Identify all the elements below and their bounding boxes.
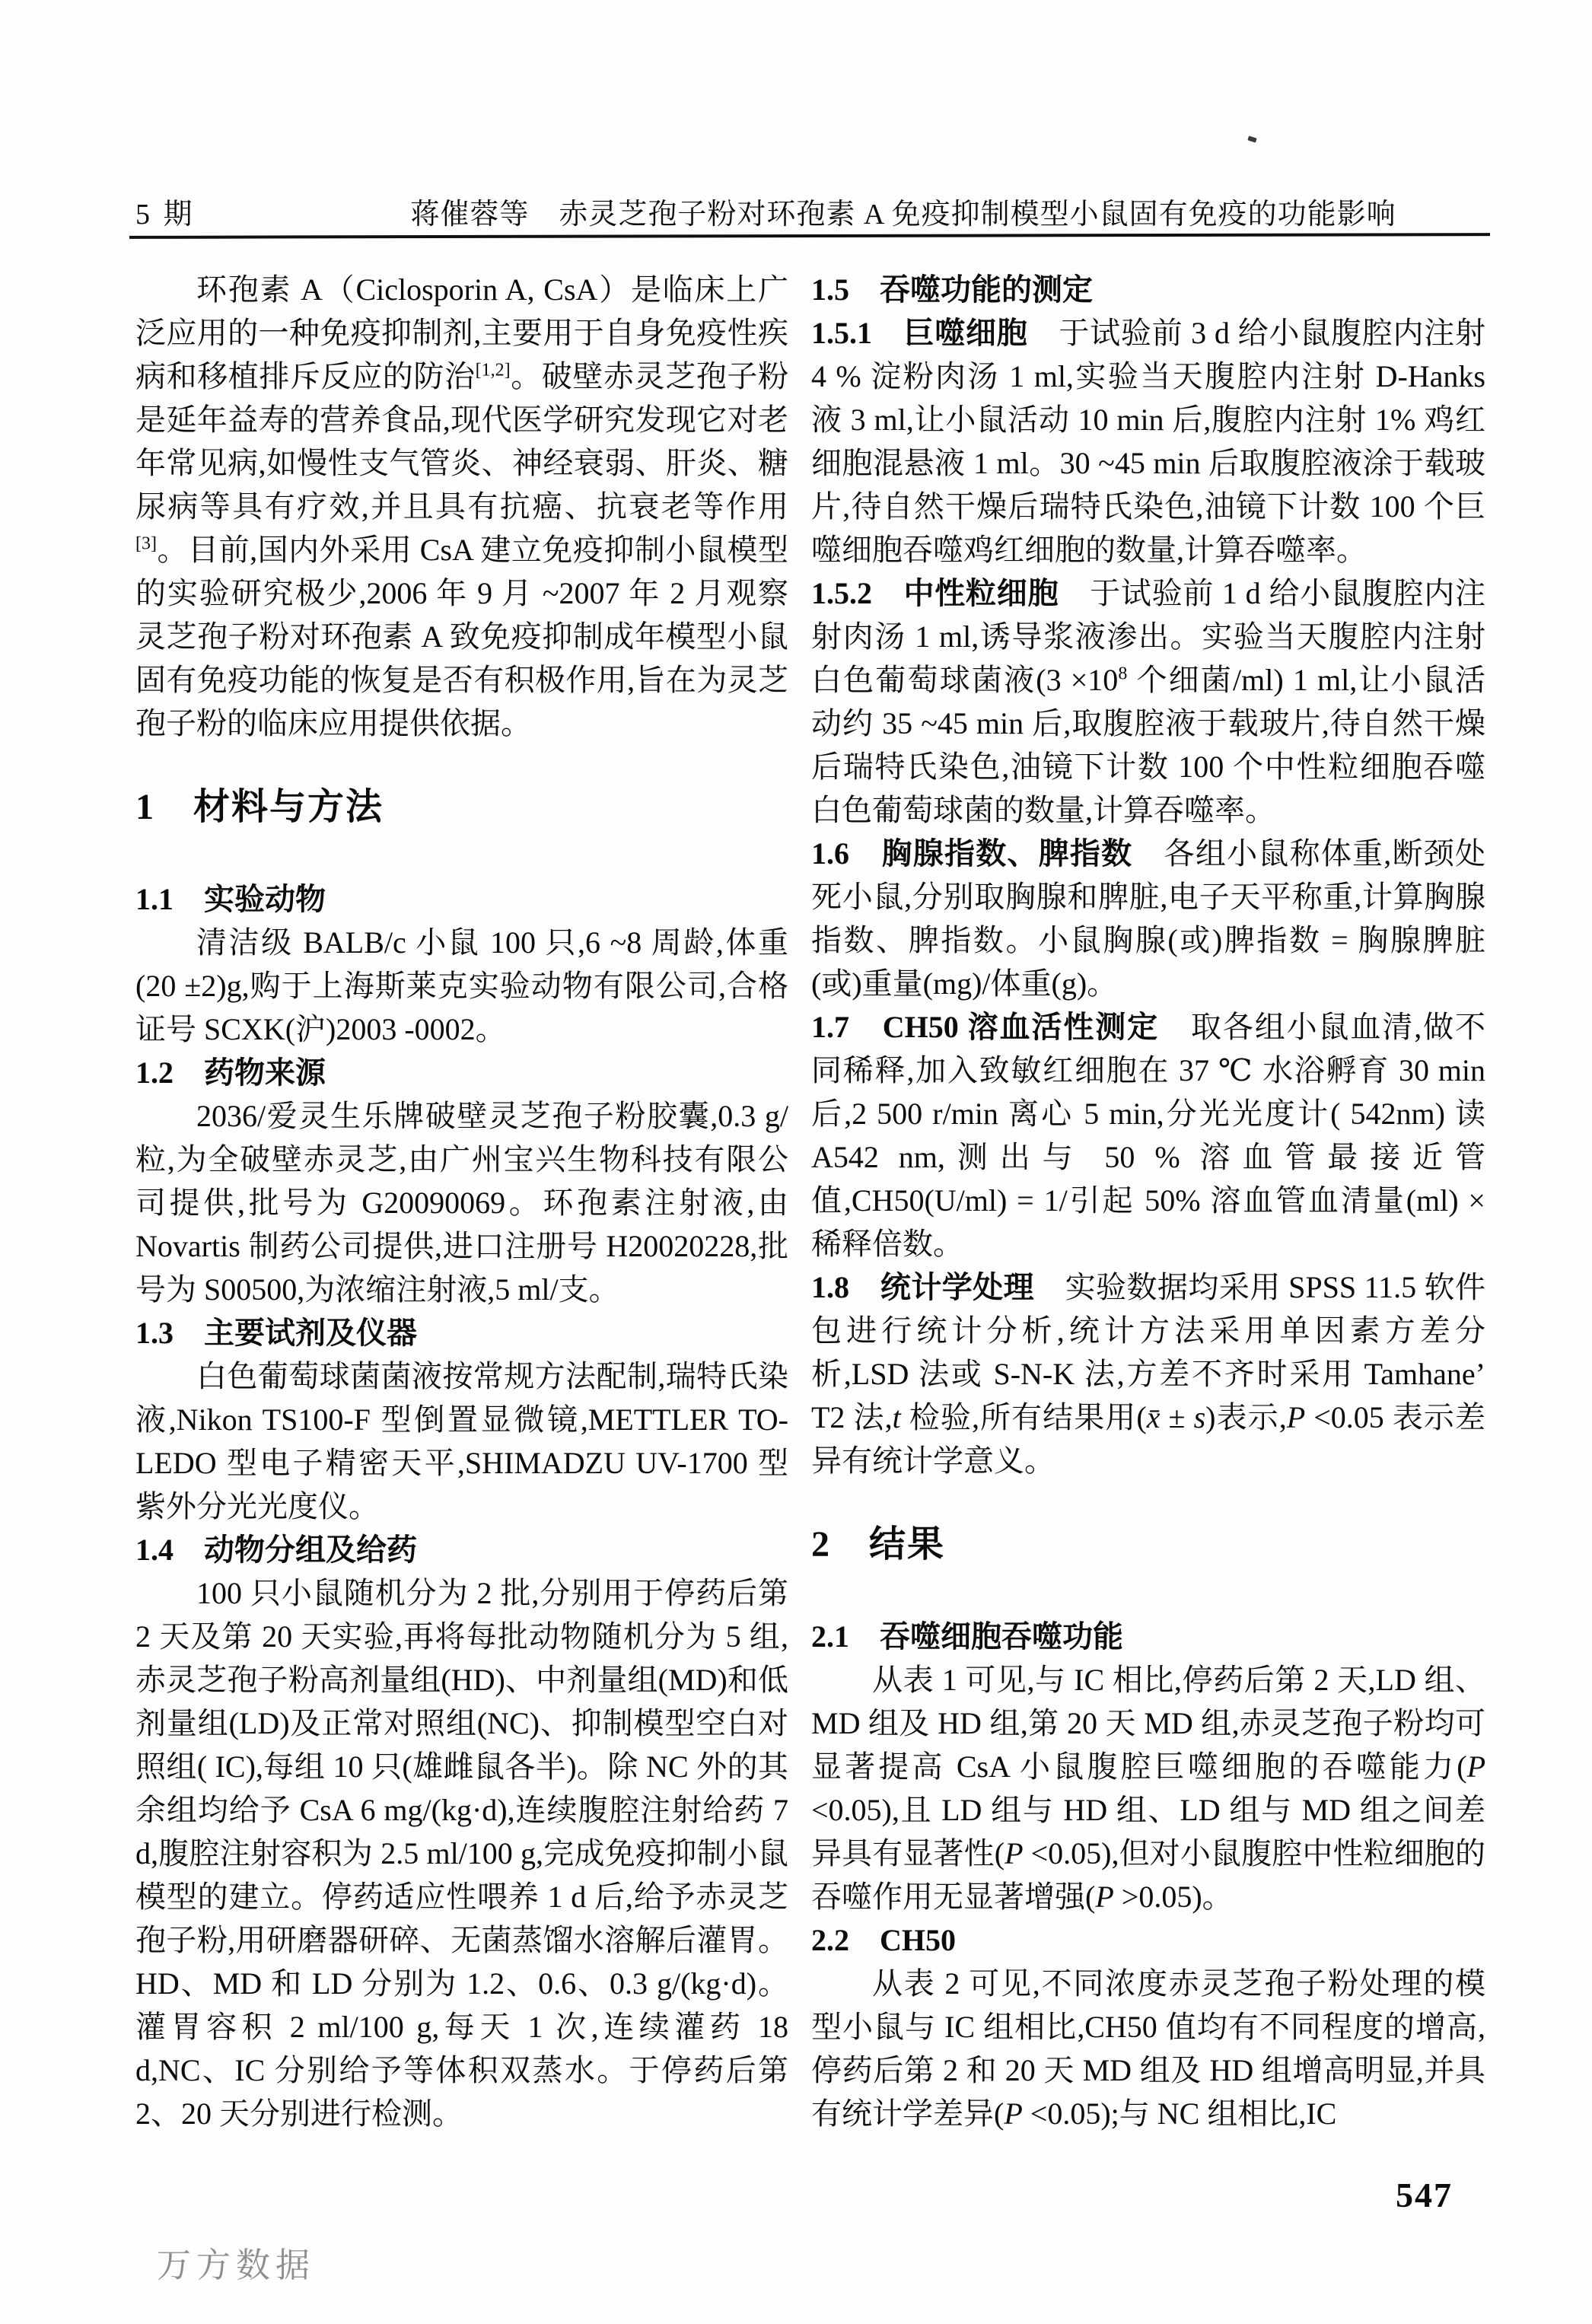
- paragraph: 1.5.1 巨噬细胞 于试验前 3 d 给小鼠腹腔内注射 4 % 淀粉肉汤 1 …: [811, 311, 1485, 571]
- text-run: P: [1004, 2096, 1022, 2131]
- wanfang-watermark: 万方数据: [157, 2237, 315, 2287]
- journal-header: 5 期 蒋催蓉等 赤灵芝孢子粉对环孢素 A 免疫抑制模型小鼠固有免疫的功能影响: [135, 190, 1489, 232]
- text-run: >0.05)。: [1114, 1880, 1233, 1914]
- right-column: 1.5 吞噬功能的测定1.5.1 巨噬细胞 于试验前 3 d 给小鼠腹腔内注射 …: [811, 268, 1485, 2135]
- running-title: 蒋催蓉等 赤灵芝孢子粉对环孢素 A 免疫抑制模型小鼠固有免疫的功能影响: [318, 190, 1489, 232]
- paragraph: 2036/爱灵生乐牌破壁灵芝孢子粉胶囊,0.3 g/粒,为全破壁赤灵芝,由广州宝…: [135, 1094, 788, 1311]
- text-run: x̄: [1147, 1400, 1161, 1434]
- subsection-heading: 2.1 吞噬细胞吞噬功能: [811, 1615, 1485, 1658]
- text-run: ±: [1160, 1400, 1193, 1434]
- page-number: 547: [1396, 2175, 1453, 2215]
- text-run: <0.05);与 NC 组相比,IC: [1023, 2096, 1337, 2131]
- citation-superscript: [1,2]: [476, 361, 511, 380]
- paragraph: 白色葡萄球菌菌液按常规方法配制,瑞特氏染液,Nikon TS100-F 型倒置显…: [135, 1355, 788, 1528]
- text-run: 1.1 实验动物: [135, 882, 326, 916]
- subsection-heading: 2.2 CH50: [811, 1918, 1485, 1962]
- paragraph: 环孢素 A（Ciclosporin A, CsA）是临床上广泛应用的一种免疫抑制…: [135, 268, 788, 745]
- text-run: P: [1287, 1400, 1305, 1434]
- text-run: P: [1467, 1749, 1485, 1784]
- section-heading: 2 结果: [811, 1522, 1485, 1568]
- subsection-heading: 1.1 实验动物: [135, 877, 788, 921]
- text-run: 1.3 主要试剂及仪器: [135, 1316, 417, 1350]
- citation-superscript: 8: [1118, 664, 1127, 684]
- text-run: )表示,: [1205, 1400, 1287, 1434]
- text-run: 取各组小鼠血清,做不同稀释,加入致敏红细胞在 37 ℃ 水浴孵育 30 min …: [811, 1010, 1485, 1261]
- left-column: 环孢素 A（Ciclosporin A, CsA）是临床上广泛应用的一种免疫抑制…: [135, 268, 788, 2135]
- paragraph: 1.6 胸腺指数、脾指数 各组小鼠称体重,断颈处死小鼠,分别取胸腺和脾脏,电子天…: [811, 832, 1485, 1005]
- paragraph: 从表 1 可见,与 IC 相比,停药后第 2 天,LD 组、MD 组及 HD 组…: [811, 1658, 1485, 1918]
- paragraph: 1.7 CH50 溶血活性测定 取各组小鼠血清,做不同稀释,加入致敏红细胞在 3…: [811, 1005, 1485, 1265]
- text-run: 。目前,国内外采用 CsA 建立免疫抑制小鼠模型的实验研究极少,2006 年 9…: [135, 533, 788, 740]
- text-run: 1.2 药物来源: [135, 1055, 326, 1090]
- text-run: 从表 1 可见,与 IC 相比,停药后第 2 天,LD 组、MD 组及 HD 组…: [811, 1663, 1485, 1784]
- paragraph: 清洁级 BALB/c 小鼠 100 只,6 ~8 周龄,体重(20 ±2)g,购…: [135, 921, 788, 1051]
- journal-page: 5 期 蒋催蓉等 赤灵芝孢子粉对环孢素 A 免疫抑制模型小鼠固有免疫的功能影响 …: [0, 0, 1592, 2324]
- text-run: 100 只小鼠随机分为 2 批,分别用于停药后第 2 天及第 20 天实验,再将…: [135, 1576, 788, 2131]
- paragraph: 100 只小鼠随机分为 2 批,分别用于停药后第 2 天及第 20 天实验,再将…: [135, 1571, 788, 2135]
- issue-label: 5 期: [135, 190, 318, 232]
- section-heading: 1 材料与方法: [135, 785, 788, 830]
- text-run: 1.6 胸腺指数、脾指数: [811, 836, 1132, 871]
- text-run: 于试验前 3 d 给小鼠腹腔内注射 4 % 淀粉肉汤 1 ml,实验当天腹腔内注…: [811, 316, 1485, 567]
- text-run: 1 材料与方法: [135, 787, 384, 827]
- text-run: 2.1 吞噬细胞吞噬功能: [811, 1619, 1123, 1654]
- subsection-heading: 1.4 动物分组及给药: [135, 1528, 788, 1571]
- text-run: t: [893, 1400, 901, 1434]
- text-run: 1.8 统计学处理: [811, 1270, 1034, 1304]
- text-run: 清洁级 BALB/c 小鼠 100 只,6 ~8 周龄,体重(20 ±2)g,购…: [135, 925, 788, 1046]
- text-run: 1.5 吞噬功能的测定: [811, 272, 1093, 307]
- header-rule: [129, 233, 1490, 239]
- text-run: 检验,所有结果用(: [901, 1400, 1147, 1434]
- text-run: P: [1095, 1880, 1113, 1914]
- text-run: 1.7 CH50 溶血活性测定: [811, 1010, 1159, 1044]
- paragraph: 1.8 统计学处理 实验数据均采用 SPSS 11.5 软件包进行统计分析,统计…: [811, 1265, 1485, 1482]
- text-run: 1.4 动物分组及给药: [135, 1533, 417, 1567]
- text-run: 2.2 CH50: [811, 1923, 956, 1957]
- text-run: 1.5.1 巨噬细胞: [811, 316, 1028, 350]
- subsection-heading: 1.5 吞噬功能的测定: [811, 268, 1485, 311]
- paragraph: 从表 2 可见,不同浓度赤灵芝孢子粉处理的模型小鼠与 IC 组相比,CH50 值…: [811, 1962, 1485, 2135]
- citation-superscript: [3]: [135, 534, 157, 554]
- text-run: s: [1194, 1400, 1206, 1434]
- subsection-heading: 1.3 主要试剂及仪器: [135, 1311, 788, 1355]
- text-run: 2 结果: [811, 1524, 945, 1565]
- text-run: 白色葡萄球菌菌液按常规方法配制,瑞特氏染液,Nikon TS100-F 型倒置显…: [135, 1359, 788, 1523]
- paragraph: 1.5.2 中性粒细胞 于试验前 1 d 给小鼠腹腔内注射肉汤 1 ml,诱导浆…: [811, 571, 1485, 832]
- text-run: 1.5.2 中性粒细胞: [811, 576, 1059, 610]
- scan-speck: [1247, 135, 1256, 142]
- subsection-heading: 1.2 药物来源: [135, 1051, 788, 1094]
- text-run: P: [1005, 1836, 1023, 1870]
- text-run: 2036/爱灵生乐牌破壁灵芝孢子粉胶囊,0.3 g/粒,为全破壁赤灵芝,由广州宝…: [135, 1099, 788, 1307]
